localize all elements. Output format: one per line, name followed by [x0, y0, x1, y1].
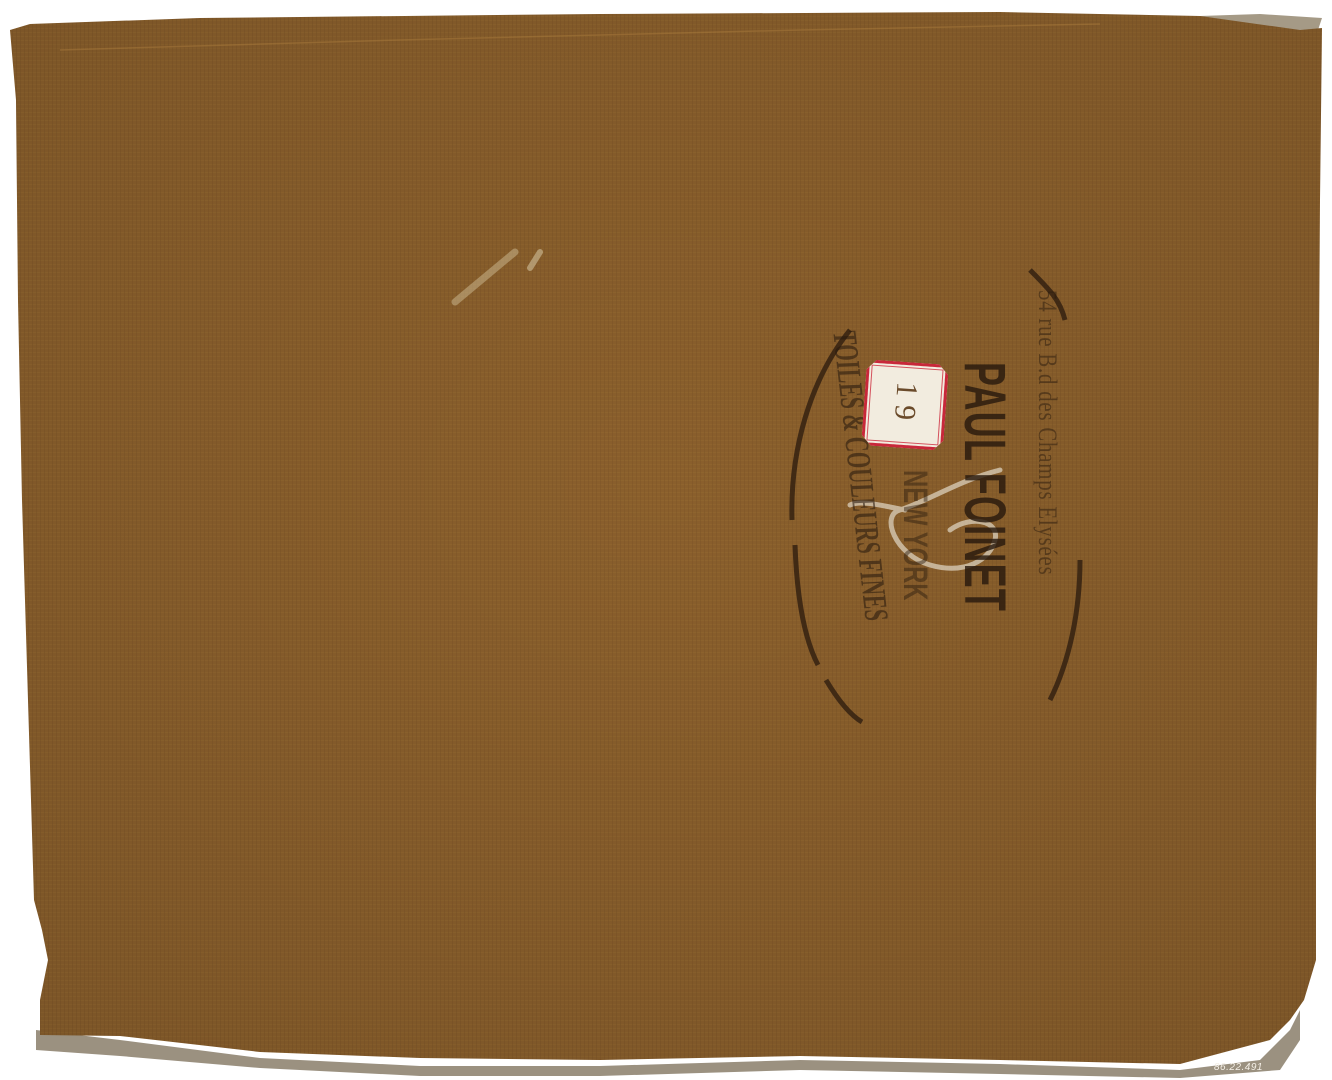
- stamp-maker: PAUL FOINET: [951, 362, 1018, 765]
- stamp-trade: TOILES & COULEURS FINES: [824, 330, 862, 799]
- stamp-city: NEW YORK: [895, 470, 934, 656]
- accession-number: 86.22.491: [1214, 1062, 1263, 1073]
- canvas-shape: [0, 0, 1332, 1080]
- stamp-address: 54 rue B.d des Champs Elysées: [1032, 290, 1062, 647]
- artwork-photo: PAUL FOINET NEW YORK 54 rue B.d des Cham…: [0, 0, 1332, 1080]
- label-number: 19: [886, 381, 923, 429]
- stamp-maker-text: PAUL FOINET: [951, 362, 1018, 612]
- inventory-label: 19: [861, 359, 949, 451]
